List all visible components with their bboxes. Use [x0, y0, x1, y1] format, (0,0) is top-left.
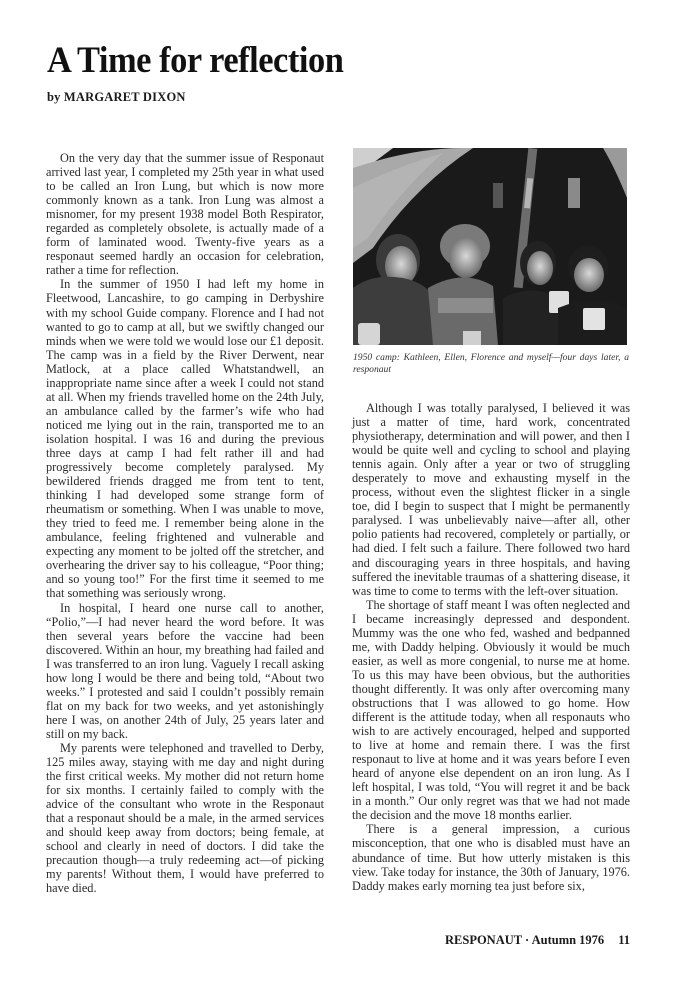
paragraph: There is a general impression, a curious…: [352, 822, 630, 892]
page-footer: RESPONAUT · Autumn 197611: [445, 933, 630, 948]
paragraph: In the summer of 1950 I had left my home…: [46, 277, 324, 600]
article-title: A Time for reflection: [47, 42, 343, 79]
paragraph: On the very day that the summer issue of…: [46, 151, 324, 277]
article-byline: by MARGARET DIXON: [47, 90, 186, 105]
paragraph: My parents were telephoned and travelled…: [46, 741, 324, 896]
page-number: 11: [618, 933, 630, 947]
camp-photo: [353, 148, 627, 345]
right-column: Although I was totally paralysed, I beli…: [352, 401, 630, 893]
paragraph: The shortage of staff meant I was often …: [352, 598, 630, 823]
publication-issue: RESPONAUT · Autumn 1976: [445, 933, 604, 947]
paragraph: In hospital, I heard one nurse call to a…: [46, 601, 324, 741]
photo-illustration: [353, 148, 627, 345]
photo-caption: 1950 camp: Kathleen, Ellen, Florence and…: [353, 352, 629, 376]
paragraph: Although I was totally paralysed, I beli…: [352, 401, 630, 598]
left-column: On the very day that the summer issue of…: [46, 151, 324, 895]
